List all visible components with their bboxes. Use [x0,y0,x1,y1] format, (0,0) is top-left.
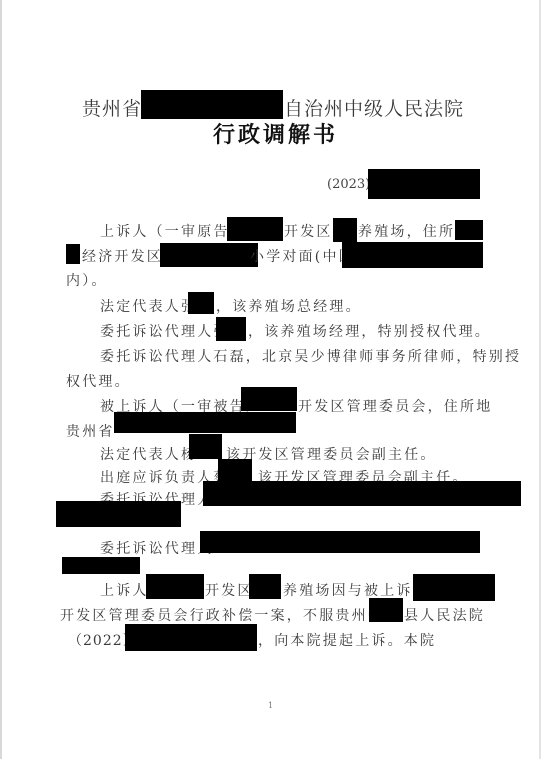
case-county-court: 县人民法院 [404,605,485,625]
case-appeal-text: ，向本院提起上诉。本院 [258,630,436,650]
redaction-appellant-address-1 [455,220,483,240]
agent1-title: ，该养殖场经理，特别授权代理。 [248,321,491,341]
redaction-appellee-agent2-info-cont [62,557,140,574]
legal-rep-label: 法定代表人张 [100,296,197,316]
redaction-legal-rep-name [188,292,214,314]
court-name-prefix: 贵州省 [82,94,142,121]
redaction-appellee-agent1-info [203,481,521,506]
redaction-case-appellant [146,574,204,599]
redaction-responsible-name [218,459,252,482]
appellee-legal-rep-label: 法定代表人杨 [100,444,197,464]
page-number: 1 [268,701,273,710]
redaction-agent1-name [216,317,246,341]
redaction-case-county [369,598,403,622]
redaction-appellant-area [227,217,283,241]
page-edge-left [0,0,2,759]
redaction-appellee-legal-rep-name [189,434,222,459]
appellee-agent2-label: 委托诉讼代理人 [100,538,213,558]
case-appellant-label: 上诉人 [100,580,149,600]
redaction-appellant-farm [333,218,357,242]
redaction-appellee-agent2-info [200,531,480,553]
agent1-label: 委托诉讼代理人张 [100,321,230,341]
appellee-address-prefix: 贵州省 [66,421,115,441]
redaction-case-number [368,169,480,199]
redaction-court-prefecture [141,90,283,119]
appellant-text-end: 内）。 [66,270,108,290]
case-compensation-text: 开发区管理委员会行政补偿一案，不服贵州省 [60,605,384,625]
appellant-text-dev-zone: 开发区 [284,221,333,241]
court-name-suffix: 自治州中级人民法院 [284,94,464,121]
case-farm-text: 养殖场因与被上诉人 [283,580,429,600]
appellant-label: 上诉人（一审原告） [100,221,246,241]
redaction-appellant-address-2 [66,244,80,264]
redaction-case-farm [249,574,281,599]
redaction-appellee-address [114,412,296,433]
appellee-committee: 开发区管理委员会，住所地 [298,396,492,416]
redaction-appellant-address-4 [342,242,483,268]
redaction-case-appellee [413,574,495,601]
case-dev-zone: 开发区 [205,580,254,600]
case-number-year: (2023) [327,177,370,192]
redaction-appellant-address-3 [160,243,258,267]
appellant-text-school: 小学对面(中国 [250,246,355,266]
agent2-line2: 权代理。 [66,371,131,391]
redaction-appellee-agent1-info-cont [56,501,181,527]
document-title: 行政调解书 [213,118,338,149]
redaction-case-prior-number [125,624,257,651]
appellant-text-econ-zone: 经济开发区 [82,246,163,266]
redaction-appellee-area [241,387,297,411]
appellee-legal-rep-title: 该开发区管理委员会副主任。 [226,444,437,464]
legal-rep-title: ，该养殖场总经理。 [216,296,362,316]
agent2-line1: 委托诉讼代理人石磊，北京吴少博律师事务所律师，特别授 [100,346,521,366]
